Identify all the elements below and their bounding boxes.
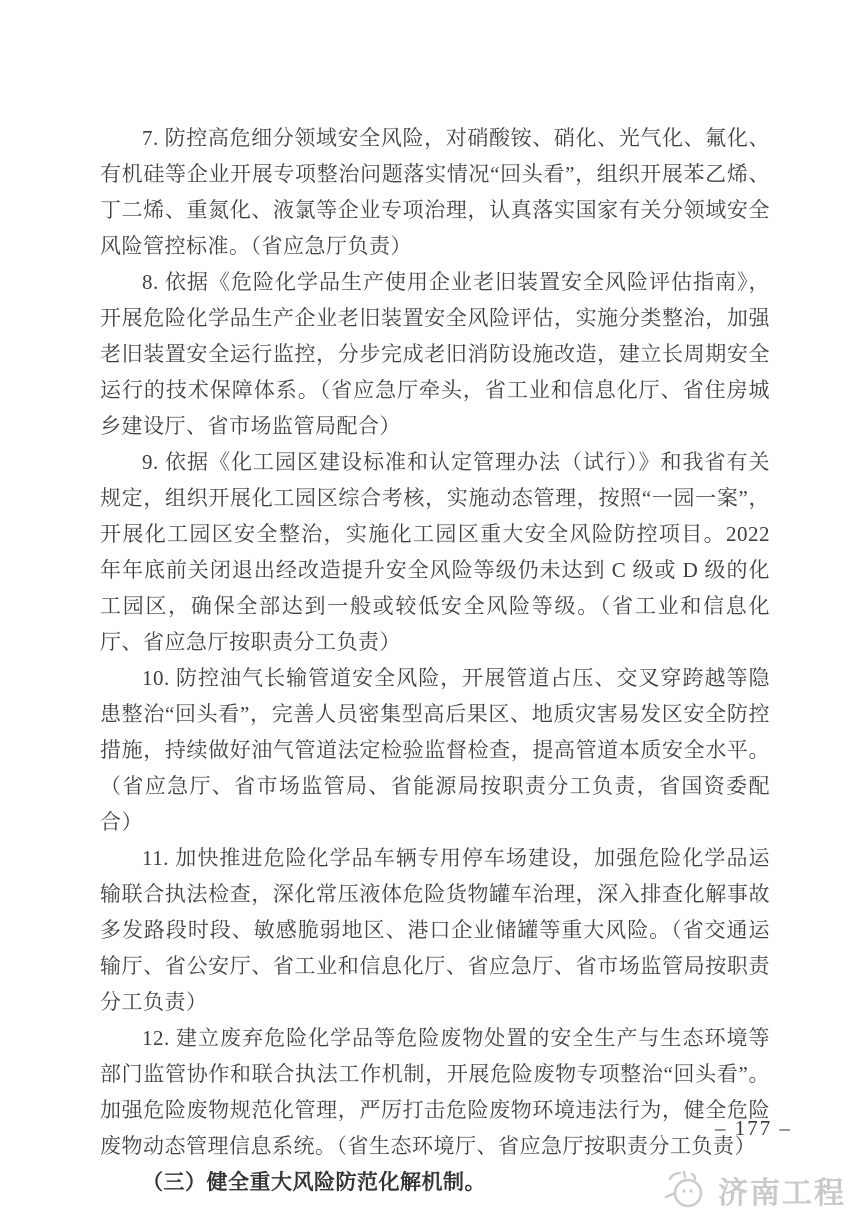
paragraph-7: 7. 防控高危细分领域安全风险，对硝酸铵、硝化、光气化、氟化、有机硅等企业开展专… xyxy=(100,120,770,264)
paragraph-11: 11. 加快推进危险化学品车辆专用停车场建设，加强危险化学品运输联合执法检查，深… xyxy=(100,840,770,1020)
paragraph-9: 9. 依据《化工园区建设标准和认定管理办法（试行）》和我省有关规定，组织开展化工… xyxy=(100,444,770,660)
document-page: 7. 防控高危细分领域安全风险，对硝酸铵、硝化、光气化、氟化、有机硅等企业开展专… xyxy=(0,0,856,1225)
paragraph-8: 8. 依据《危险化学品生产使用企业老旧装置安全风险评估指南》，开展危险化学品生产… xyxy=(100,264,770,444)
watermark: 济南工程 xyxy=(664,1168,846,1212)
paragraph-10: 10. 防控油气长输管道安全风险，开展管道占压、交叉穿跨越等隐患整治“回头看”，… xyxy=(100,660,770,840)
megaphone-logo-icon xyxy=(664,1169,710,1211)
watermark-text: 济南工程 xyxy=(718,1168,846,1212)
paragraph-12: 12. 建立废弃危险化学品等危险废物处置的安全生产与生态环境等部门监管协作和联合… xyxy=(100,1020,770,1164)
document-body: 7. 防控高危细分领域安全风险，对硝酸铵、硝化、光气化、氟化、有机硅等企业开展专… xyxy=(100,120,770,1200)
page-number: – 177 – xyxy=(715,1116,792,1141)
